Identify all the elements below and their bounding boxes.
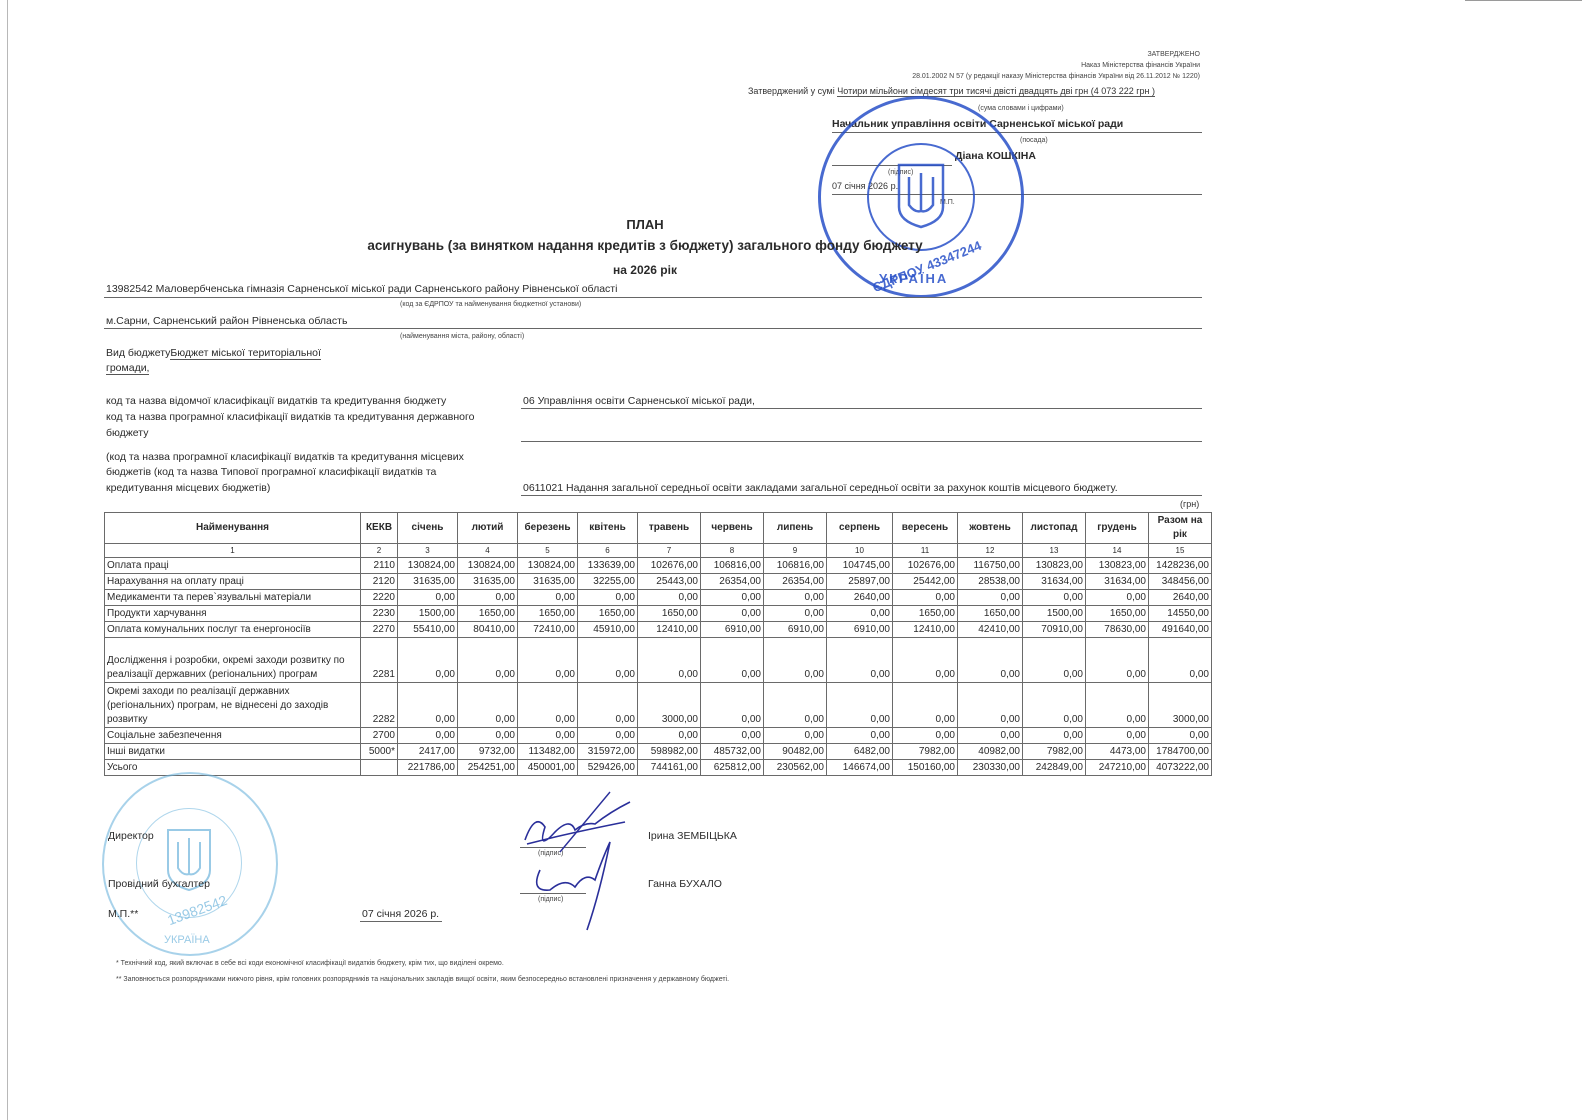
column-number: 1 — [105, 544, 361, 558]
row-total-cell: 491640,00 — [1149, 622, 1212, 638]
approved-sum: Затверджений у сумі Чотири мільйони сімд… — [748, 86, 1155, 96]
month-value-cell: 104745,00 — [827, 558, 893, 574]
column-number: 15 — [1149, 544, 1212, 558]
approved-sum-value: Чотири мільйони сімдесят три тисячі двіс… — [837, 86, 1155, 97]
month-value-cell: 0,00 — [1023, 683, 1086, 728]
month-value-cell: 0,00 — [958, 728, 1023, 744]
scan-edge — [1465, 0, 1582, 1]
column-number: 10 — [827, 544, 893, 558]
column-number: 5 — [518, 544, 578, 558]
column-number: 9 — [764, 544, 827, 558]
month-value-cell: 25897,00 — [827, 574, 893, 590]
month-value-cell: 242849,00 — [1023, 760, 1086, 776]
month-value-cell: 1650,00 — [638, 606, 701, 622]
state-class-label-2: бюджету — [106, 427, 148, 439]
month-value-cell: 0,00 — [958, 638, 1023, 683]
row-kekv: 2282 — [361, 683, 398, 728]
month-value-cell: 42410,00 — [958, 622, 1023, 638]
month-value-cell: 0,00 — [764, 638, 827, 683]
table-row: Окремі заходи по реалізації державних (р… — [105, 683, 1212, 728]
month-value-cell: 1650,00 — [958, 606, 1023, 622]
column-header: квітень — [578, 513, 638, 544]
month-value-cell: 0,00 — [638, 728, 701, 744]
month-value-cell: 450001,00 — [518, 760, 578, 776]
month-value-cell: 0,00 — [701, 606, 764, 622]
month-value-cell: 70910,00 — [1023, 622, 1086, 638]
month-value-cell: 40982,00 — [958, 744, 1023, 760]
row-name: Продукти харчування — [105, 606, 361, 622]
month-value-cell: 0,00 — [578, 728, 638, 744]
signature-date: 07 січня 2026 р. — [362, 908, 439, 920]
month-value-cell: 0,00 — [893, 638, 958, 683]
month-value-cell: 146674,00 — [827, 760, 893, 776]
month-value-cell: 9732,00 — [458, 744, 518, 760]
column-header: КЕКВ — [361, 513, 398, 544]
title-main: асигнувань (за винятком надання кредитів… — [0, 238, 1290, 253]
month-value-cell: 1500,00 — [1023, 606, 1086, 622]
row-name: Дослідження і розробки, окремі заходи ро… — [105, 638, 361, 683]
month-value-cell: 130823,00 — [1086, 558, 1149, 574]
director-name: Ірина ЗЕМБІЦЬКА — [648, 830, 737, 842]
title-plan: ПЛАН — [0, 217, 1290, 232]
column-number: 3 — [398, 544, 458, 558]
month-value-cell: 0,00 — [638, 638, 701, 683]
month-value-cell: 315972,00 — [578, 744, 638, 760]
table-row: Дослідження і розробки, окремі заходи ро… — [105, 638, 1212, 683]
month-value-cell: 55410,00 — [398, 622, 458, 638]
month-value-cell: 130823,00 — [1023, 558, 1086, 574]
column-header: жовтень — [958, 513, 1023, 544]
month-value-cell: 0,00 — [764, 590, 827, 606]
column-header: Разом на рік — [1149, 513, 1212, 544]
month-value-cell: 1650,00 — [518, 606, 578, 622]
row-name: Оплата комунальних послуг та енергоносії… — [105, 622, 361, 638]
budget-type-label: Вид бюджету — [106, 347, 170, 359]
table-row: Медикаменти та перев`язувальні матеріали… — [105, 590, 1212, 606]
accountant-name: Ганна БУХАЛО — [648, 878, 722, 890]
handwritten-signatures — [515, 782, 645, 932]
month-value-cell: 0,00 — [701, 638, 764, 683]
month-value-cell: 0,00 — [1086, 590, 1149, 606]
table-row: Оплата праці2110130824,00130824,00130824… — [105, 558, 1212, 574]
month-value-cell: 1650,00 — [1086, 606, 1149, 622]
local-class-label-3: кредитування місцевих бюджетів) — [106, 482, 270, 494]
local-class-value: 0611021 Надання загальної середньої осві… — [523, 482, 1118, 494]
institution-caption: (код за ЄДРПОУ та найменування бюджетної… — [400, 301, 581, 308]
state-class-label-1: код та назва програмної класифікації вид… — [106, 411, 474, 423]
position-caption: (посада) — [1020, 137, 1048, 144]
month-value-cell: 0,00 — [518, 683, 578, 728]
table-row: Усього221786,00254251,00450001,00529426,… — [105, 760, 1212, 776]
approved-label: ЗАТВЕРДЖЕНО — [1147, 51, 1200, 58]
month-value-cell: 529426,00 — [578, 760, 638, 776]
units-label: (грн) — [1180, 499, 1199, 509]
column-header: серпень — [827, 513, 893, 544]
row-total-cell: 1784700,00 — [1149, 744, 1212, 760]
month-value-cell: 0,00 — [638, 590, 701, 606]
table-header-row: НайменуванняКЕКВсіченьлютийберезеньквіте… — [105, 513, 1212, 544]
month-value-cell: 28538,00 — [958, 574, 1023, 590]
month-value-cell: 0,00 — [764, 683, 827, 728]
month-value-cell: 0,00 — [827, 638, 893, 683]
month-value-cell: 744161,00 — [638, 760, 701, 776]
row-total-cell: 0,00 — [1149, 638, 1212, 683]
month-value-cell: 0,00 — [893, 683, 958, 728]
month-value-cell: 0,00 — [578, 683, 638, 728]
row-name: Соціальне забезпечення — [105, 728, 361, 744]
month-value-cell: 78630,00 — [1086, 622, 1149, 638]
month-value-cell: 3000,00 — [638, 683, 701, 728]
month-value-cell: 0,00 — [518, 590, 578, 606]
month-value-cell: 26354,00 — [764, 574, 827, 590]
location-value: м.Сарни, Сарненський район Рівненська об… — [106, 315, 347, 327]
month-value-cell: 80410,00 — [458, 622, 518, 638]
month-value-cell: 0,00 — [398, 638, 458, 683]
month-value-cell: 31635,00 — [398, 574, 458, 590]
column-number: 12 — [958, 544, 1023, 558]
month-value-cell: 598982,00 — [638, 744, 701, 760]
order-line-1: Наказ Міністерства фінансів України — [1081, 62, 1200, 69]
bottom-seal-label: М.П.** — [108, 908, 138, 920]
month-value-cell: 0,00 — [827, 683, 893, 728]
table-row: Нарахування на оплату праці212031635,003… — [105, 574, 1212, 590]
month-value-cell: 0,00 — [893, 728, 958, 744]
month-value-cell: 130824,00 — [398, 558, 458, 574]
row-name: Усього — [105, 760, 361, 776]
school-stamp-country: УКРАЇНА — [164, 934, 210, 946]
table-row: Оплата комунальних послуг та енергоносії… — [105, 622, 1212, 638]
month-value-cell: 0,00 — [958, 590, 1023, 606]
month-value-cell: 0,00 — [1023, 590, 1086, 606]
month-value-cell: 7982,00 — [893, 744, 958, 760]
month-value-cell: 2640,00 — [827, 590, 893, 606]
column-header: червень — [701, 513, 764, 544]
row-name: Окремі заходи по реалізації державних (р… — [105, 683, 361, 728]
month-value-cell: 0,00 — [578, 638, 638, 683]
local-class-label-2: бюджетів (код та назва Типової програмно… — [106, 466, 436, 478]
month-value-cell: 2417,00 — [398, 744, 458, 760]
column-number: 7 — [638, 544, 701, 558]
month-value-cell: 6482,00 — [827, 744, 893, 760]
column-header: травень — [638, 513, 701, 544]
location-caption: (найменування міста, району, області) — [400, 333, 524, 340]
budget-type-value-2: громади, — [106, 362, 149, 375]
month-value-cell: 0,00 — [458, 638, 518, 683]
sum-caption: (сума словами і цифрами) — [978, 105, 1064, 112]
row-kekv: 2230 — [361, 606, 398, 622]
month-value-cell: 254251,00 — [458, 760, 518, 776]
month-value-cell: 133639,00 — [578, 558, 638, 574]
column-header: листопад — [1023, 513, 1086, 544]
row-total-cell: 0,00 — [1149, 728, 1212, 744]
month-value-cell: 6910,00 — [764, 622, 827, 638]
table-row: Соціальне забезпечення27000,000,000,000,… — [105, 728, 1212, 744]
column-number: 2 — [361, 544, 398, 558]
dept-class-label: код та назва відомчої класифікації видат… — [106, 395, 446, 407]
month-value-cell: 0,00 — [1023, 728, 1086, 744]
month-value-cell: 0,00 — [893, 590, 958, 606]
column-header: лютий — [458, 513, 518, 544]
month-value-cell: 31635,00 — [458, 574, 518, 590]
column-header: грудень — [1086, 513, 1149, 544]
month-value-cell: 230330,00 — [958, 760, 1023, 776]
month-value-cell: 0,00 — [958, 683, 1023, 728]
table-column-numbers: 123456789101112131415 — [105, 544, 1212, 558]
school-stamp: 13982542 УКРАЇНА — [102, 772, 278, 956]
institution-value: 13982542 Маловербченська гімназія Сарнен… — [106, 283, 617, 295]
column-number: 13 — [1023, 544, 1086, 558]
month-value-cell: 0,00 — [701, 728, 764, 744]
month-value-cell: 90482,00 — [764, 744, 827, 760]
month-value-cell: 12410,00 — [638, 622, 701, 638]
month-value-cell: 4473,00 — [1086, 744, 1149, 760]
budget-type-value: Бюджет міської територіальної — [170, 347, 321, 360]
month-value-cell: 150160,00 — [893, 760, 958, 776]
row-total-cell: 348456,00 — [1149, 574, 1212, 590]
row-total-cell: 14550,00 — [1149, 606, 1212, 622]
month-value-cell: 102676,00 — [893, 558, 958, 574]
month-value-cell: 230562,00 — [764, 760, 827, 776]
month-value-cell: 116750,00 — [958, 558, 1023, 574]
month-value-cell: 485732,00 — [701, 744, 764, 760]
director-label: Директор — [108, 830, 154, 842]
month-value-cell: 0,00 — [1086, 683, 1149, 728]
month-value-cell: 31635,00 — [518, 574, 578, 590]
month-value-cell: 6910,00 — [827, 622, 893, 638]
month-value-cell: 1500,00 — [398, 606, 458, 622]
accountant-label: Провідний бухгалтер — [108, 878, 210, 890]
month-value-cell: 72410,00 — [518, 622, 578, 638]
month-value-cell: 130824,00 — [518, 558, 578, 574]
row-kekv: 2270 — [361, 622, 398, 638]
scan-edge — [7, 0, 8, 1120]
row-kekv: 2220 — [361, 590, 398, 606]
month-value-cell: 113482,00 — [518, 744, 578, 760]
month-value-cell: 0,00 — [398, 590, 458, 606]
month-value-cell: 102676,00 — [638, 558, 701, 574]
month-value-cell: 32255,00 — [578, 574, 638, 590]
row-total-cell: 1428236,00 — [1149, 558, 1212, 574]
month-value-cell: 25443,00 — [638, 574, 701, 590]
dept-class-value: 06 Управління освіти Сарненської міської… — [523, 395, 755, 407]
title-year: на 2026 рік — [0, 263, 1290, 277]
month-value-cell: 0,00 — [458, 728, 518, 744]
column-header: липень — [764, 513, 827, 544]
month-value-cell: 45910,00 — [578, 622, 638, 638]
row-kekv: 2120 — [361, 574, 398, 590]
column-header: березень — [518, 513, 578, 544]
month-value-cell: 0,00 — [458, 590, 518, 606]
month-value-cell: 0,00 — [398, 683, 458, 728]
month-value-cell: 247210,00 — [1086, 760, 1149, 776]
month-value-cell: 31634,00 — [1023, 574, 1086, 590]
month-value-cell: 1650,00 — [893, 606, 958, 622]
month-value-cell: 130824,00 — [458, 558, 518, 574]
month-value-cell: 7982,00 — [1023, 744, 1086, 760]
month-value-cell: 625812,00 — [701, 760, 764, 776]
column-header: Найменування — [105, 513, 361, 544]
month-value-cell: 6910,00 — [701, 622, 764, 638]
row-kekv: 2110 — [361, 558, 398, 574]
budget-type: Вид бюджетуБюджет міської територіальної — [106, 347, 321, 359]
month-value-cell: 0,00 — [827, 728, 893, 744]
allocation-table: НайменуванняКЕКВсіченьлютийберезеньквіте… — [104, 512, 1212, 776]
order-line-2: 28.01.2002 N 57 (у редакції наказу Мініс… — [912, 73, 1200, 80]
month-value-cell: 0,00 — [578, 590, 638, 606]
month-value-cell: 31634,00 — [1086, 574, 1149, 590]
month-value-cell: 0,00 — [701, 590, 764, 606]
row-total-cell: 2640,00 — [1149, 590, 1212, 606]
column-number: 8 — [701, 544, 764, 558]
row-name: Інші видатки — [105, 744, 361, 760]
month-value-cell: 0,00 — [1086, 728, 1149, 744]
month-value-cell: 0,00 — [701, 683, 764, 728]
column-header: вересень — [893, 513, 958, 544]
month-value-cell: 221786,00 — [398, 760, 458, 776]
month-value-cell: 0,00 — [1086, 638, 1149, 683]
column-number: 11 — [893, 544, 958, 558]
month-value-cell: 1650,00 — [578, 606, 638, 622]
month-value-cell: 106816,00 — [764, 558, 827, 574]
month-value-cell: 0,00 — [827, 606, 893, 622]
table-row: Продукти харчування22301500,001650,00165… — [105, 606, 1212, 622]
row-total-cell: 4073222,00 — [1149, 760, 1212, 776]
month-value-cell: 0,00 — [764, 606, 827, 622]
month-value-cell: 25442,00 — [893, 574, 958, 590]
month-value-cell: 26354,00 — [701, 574, 764, 590]
row-kekv: 2281 — [361, 638, 398, 683]
footnote-2: ** Заповнюється розпорядниками нижчого р… — [116, 976, 729, 983]
approved-sum-prefix: Затверджений у сумі — [748, 86, 835, 96]
row-kekv — [361, 760, 398, 776]
row-name: Медикаменти та перев`язувальні матеріали — [105, 590, 361, 606]
table-row: Інші видатки5000*2417,009732,00113482,00… — [105, 744, 1212, 760]
row-kekv: 2700 — [361, 728, 398, 744]
month-value-cell: 0,00 — [764, 728, 827, 744]
row-total-cell: 3000,00 — [1149, 683, 1212, 728]
month-value-cell: 12410,00 — [893, 622, 958, 638]
row-name: Нарахування на оплату праці — [105, 574, 361, 590]
column-number: 4 — [458, 544, 518, 558]
row-kekv: 5000* — [361, 744, 398, 760]
month-value-cell: 0,00 — [518, 638, 578, 683]
row-name: Оплата праці — [105, 558, 361, 574]
month-value-cell: 0,00 — [1023, 638, 1086, 683]
local-class-label-1: (код та назва програмної класифікації ви… — [106, 451, 464, 463]
footnote-1: * Технічний код, який включає в себе всі… — [116, 960, 504, 967]
month-value-cell: 0,00 — [518, 728, 578, 744]
month-value-cell: 1650,00 — [458, 606, 518, 622]
column-header: січень — [398, 513, 458, 544]
month-value-cell: 106816,00 — [701, 558, 764, 574]
month-value-cell: 0,00 — [398, 728, 458, 744]
column-number: 14 — [1086, 544, 1149, 558]
month-value-cell: 0,00 — [458, 683, 518, 728]
column-number: 6 — [578, 544, 638, 558]
